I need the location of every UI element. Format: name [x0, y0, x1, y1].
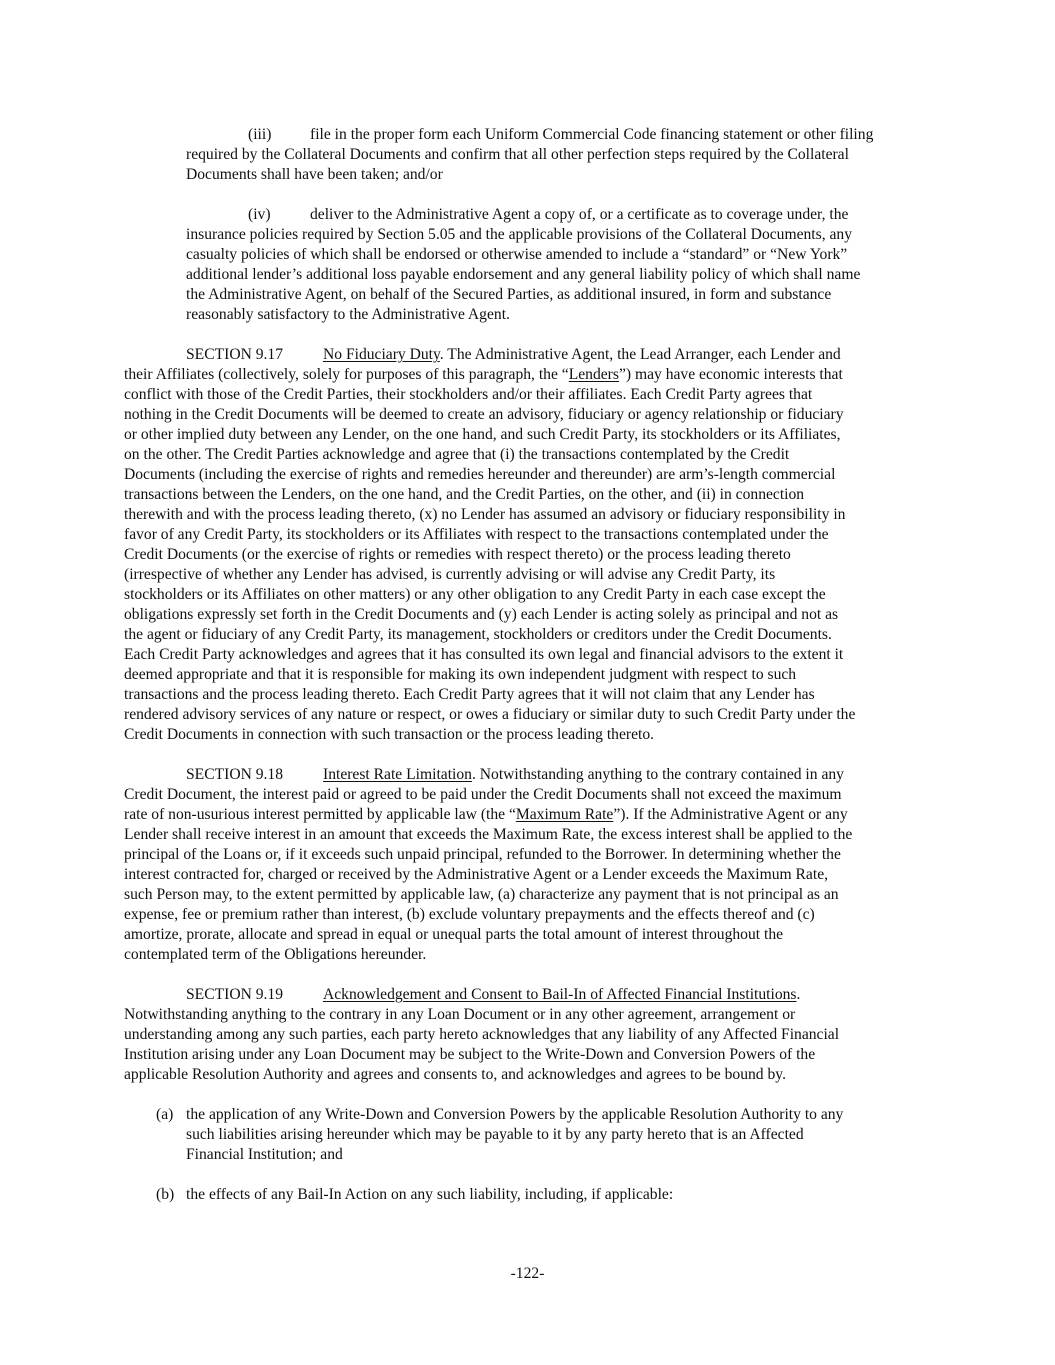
section-title: Acknowledgement and Consent to Bail-In o…	[323, 986, 797, 1003]
section-text: expense, fee or premium rather than inte…	[124, 905, 815, 925]
list-label: (a)	[156, 1105, 173, 1125]
section-text: on the other. The Credit Parties acknowl…	[124, 445, 789, 465]
clause-text: casualty policies of which shall be endo…	[186, 245, 847, 265]
section-text: favor of any Credit Party, its stockhold…	[124, 525, 829, 545]
section-title: Interest Rate Limitation	[323, 766, 472, 783]
section-text: their Affiliates (collectively, solely f…	[124, 366, 569, 383]
section-text: applicable Resolution Authority and agre…	[124, 1065, 786, 1085]
section-text: ”). If the Administrative Agent or any	[613, 806, 847, 823]
section-text: amortize, prorate, allocate and spread i…	[124, 925, 783, 945]
section-text: transactions and the process leading the…	[124, 685, 815, 705]
section-text: interest contracted for, charged or rece…	[124, 865, 828, 885]
section-text: Lender shall receive interest in an amou…	[124, 825, 852, 845]
list-text: such liabilities arising hereunder which…	[186, 1125, 804, 1145]
section-text: understanding among any such parties, ea…	[124, 1025, 839, 1045]
section-text: Notwithstanding anything to the contrary…	[124, 1005, 795, 1025]
section-text: obligations expressly set forth in the C…	[124, 605, 838, 625]
section-text: nothing in the Credit Documents will be …	[124, 405, 844, 425]
section-text: stockholders or its Affiliates on other …	[124, 585, 826, 605]
section-text: . The Administrative Agent, the Lead Arr…	[440, 346, 841, 363]
section-text: conflict with those of the Credit Partie…	[124, 385, 812, 405]
section-number: SECTION 9.17	[186, 345, 323, 365]
section-text: Credit Documents (or the exercise of rig…	[124, 545, 791, 565]
clause-text: reasonably satisfactory to the Administr…	[186, 305, 510, 325]
list-label: (b)	[156, 1185, 174, 1205]
section-text: ”) may have economic interests that	[619, 366, 843, 383]
list-text: the application of any Write-Down and Co…	[186, 1105, 843, 1125]
section-text: the agent or fiduciary of any Credit Par…	[124, 625, 832, 645]
clause-text: file in the proper form each Uniform Com…	[310, 126, 873, 143]
clause-text: additional lender’s additional loss paya…	[186, 265, 860, 285]
section-number: SECTION 9.18	[186, 765, 323, 785]
list-text: Financial Institution; and	[186, 1145, 343, 1165]
section-number: SECTION 9.19	[186, 985, 323, 1005]
list-text: the effects of any Bail-In Action on any…	[186, 1185, 673, 1205]
section-text: such Person may, to the extent permitted…	[124, 885, 839, 905]
clause-text: Documents shall have been taken; and/or	[186, 165, 443, 185]
page-number: -122-	[0, 1264, 1055, 1284]
clause-text: the Administrative Agent, on behalf of t…	[186, 285, 831, 305]
clause-number: (iv)	[248, 205, 310, 225]
clause-text: deliver to the Administrative Agent a co…	[310, 206, 848, 223]
section-text: deemed appropriate and that it is respon…	[124, 665, 796, 685]
section-text: Each Credit Party acknowledges and agree…	[124, 645, 843, 665]
section-text: (irrespective of whether any Lender has …	[124, 565, 775, 585]
section-text: Documents (including the exercise of rig…	[124, 465, 835, 485]
section-text: contemplated term of the Obligations her…	[124, 945, 426, 965]
section-text: transactions between the Lenders, on the…	[124, 485, 804, 505]
section-text: principal of the Loans or, if it exceeds…	[124, 845, 841, 865]
section-text: .	[797, 986, 801, 1003]
section-title: No Fiduciary Duty	[323, 346, 440, 363]
defined-term: Maximum Rate	[516, 806, 613, 823]
document-page: (iii)file in the proper form each Unifor…	[0, 0, 1055, 1365]
clause-text: required by the Collateral Documents and…	[186, 145, 849, 165]
section-text: Credit Document, the interest paid or ag…	[124, 785, 842, 805]
clause-number: (iii)	[248, 125, 310, 145]
section-text: . Notwithstanding anything to the contra…	[472, 766, 844, 783]
section-text: or other implied duty between any Lender…	[124, 425, 841, 445]
section-text: therewith and with the process leading t…	[124, 505, 845, 525]
section-text: Credit Documents in connection with such…	[124, 725, 654, 745]
defined-term: Lenders	[569, 366, 619, 383]
section-text: Institution arising under any Loan Docum…	[124, 1045, 815, 1065]
section-text: rendered advisory services of any nature…	[124, 705, 855, 725]
clause-text: insurance policies required by Section 5…	[186, 225, 852, 245]
section-text: rate of non-usurious interest permitted …	[124, 806, 516, 823]
